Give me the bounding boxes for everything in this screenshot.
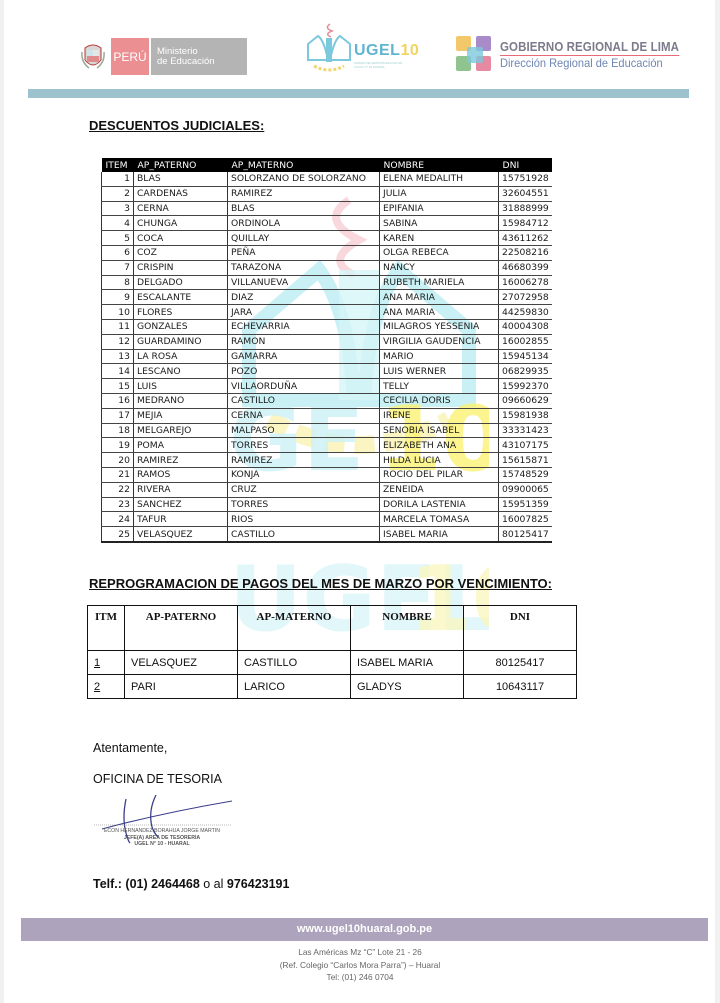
cell-dni: 15984712 [499, 216, 552, 231]
table-row: 16MEDRANOCASTILLOCECILIA DORIS09660629 [102, 393, 552, 408]
cell-ap-paterno: VELASQUEZ [125, 651, 238, 675]
cell-ap-materno: GAMARRA [228, 349, 380, 364]
cell-nombre: IRENE [380, 408, 499, 423]
footer-tel: Tel: (01) 246 0704 [0, 971, 720, 984]
open-book-icon [304, 22, 354, 82]
table-row: 1VELASQUEZCASTILLOISABEL MARIA80125417 [88, 651, 577, 675]
cell-ap-materno: CASTILLO [238, 651, 351, 675]
reprogramacion-title: REPROGRAMACION DE PAGOS DEL MES DE MARZO… [89, 576, 552, 591]
cell-item: 18 [102, 423, 134, 438]
table-row: 17MEJIACERNAIRENE15981938 [102, 408, 552, 423]
cell-dni: 22508216 [499, 245, 552, 260]
cell-item: 20 [102, 453, 134, 468]
cell-dni: 16007825 [499, 512, 552, 527]
ugel-logo: UGEL10 UNIDAD DE GESTIÓN EDUCATIVA LOCAL… [304, 22, 424, 82]
cell-ap-paterno: MEJIA [134, 408, 228, 423]
cell-nombre: ELIZABETH ANA [380, 438, 499, 453]
ugel-tagline: UNIDAD DE GESTIÓN EDUCATIVA LOCAL N° 10 … [354, 61, 404, 69]
cell-ap-materno: LARICO [238, 675, 351, 699]
cell-nombre: OLGA REBECA [380, 245, 499, 260]
table-row: 4CHUNGAORDINOLASABINA15984712 [102, 216, 552, 231]
cell-nombre: SENOBIA ISABEL [380, 423, 499, 438]
gore-subtitle: Dirección Regional de Educación [500, 56, 679, 70]
cell-nombre: KAREN [380, 231, 499, 246]
cell-ap-paterno: VELASQUEZ [134, 527, 228, 542]
table-row: 5COCAQUILLAYKAREN43611262 [102, 231, 552, 246]
phone-mobile: 976423191 [227, 877, 290, 891]
office-name: OFICINA DE TESORIA [93, 772, 222, 786]
cell-item: 1 [88, 651, 125, 675]
cell-dni: 15951359 [499, 497, 552, 512]
table-row: 25VELASQUEZCASTILLOISABEL MARIA80125417 [102, 527, 552, 542]
cell-item: 5 [102, 231, 134, 246]
cell-dni: 15751928 [499, 172, 552, 186]
cell-item: 8 [102, 275, 134, 290]
cell-ap-materno: CASTILLO [228, 527, 380, 542]
gore-logo: GOBIERNO REGIONAL DE LIMA Dirección Regi… [456, 36, 695, 74]
cell-ap-paterno: CARDENAS [134, 186, 228, 201]
reprogramacion-table: ITM AP-PATERNO AP-MATERNO NOMBRE DNI 1VE… [87, 605, 577, 699]
cell-dni: 15992370 [499, 379, 552, 394]
footer-website-bar: www.ugel10huaral.gob.pe [21, 918, 708, 941]
cell-item: 13 [102, 349, 134, 364]
signature-caption: ECON HERNANDEZ BORAHUA JORGE MARTIN JEFE… [96, 828, 228, 848]
cell-ap-materno: KONJA [228, 467, 380, 482]
judiciales-title: DESCUENTOS JUDICIALES: [89, 118, 264, 133]
cell-ap-materno: ORDINOLA [228, 216, 380, 231]
footer-address: Las Américas Mz “C” Lote 21 - 26 (Ref. C… [0, 946, 720, 984]
cell-ap-paterno: SANCHEZ [134, 497, 228, 512]
cell-nombre: HILDA LUCIA [380, 453, 499, 468]
cell-ap-materno: CRUZ [228, 482, 380, 497]
cell-dni: 06829935 [499, 364, 552, 379]
minedu-label: Ministerio de Educación [149, 38, 247, 75]
peru-coat-of-arms-icon [81, 42, 105, 72]
cell-ap-materno: TORRES [228, 438, 380, 453]
cell-item: 19 [102, 438, 134, 453]
cell-ap-materno: POZO [228, 364, 380, 379]
cell-ap-materno: ECHEVARRIA [228, 319, 380, 334]
col-itm: ITM [88, 606, 125, 651]
cell-nombre: VIRGILIA GAUDENCIA [380, 334, 499, 349]
cell-dni: 46680399 [499, 260, 552, 275]
cell-dni: 15748529 [499, 467, 552, 482]
cell-ap-materno: TARAZONA [228, 260, 380, 275]
cell-dni: 43611262 [499, 231, 552, 246]
cell-nombre: ISABEL MARIA [380, 527, 499, 542]
table-row: 20RAMIREZRAMIREZHILDA LUCIA15615871 [102, 453, 552, 468]
cell-ap-materno: QUILLAY [228, 231, 380, 246]
cell-ap-materno: RAMON [228, 334, 380, 349]
cell-ap-paterno: CRISPIN [134, 260, 228, 275]
cell-nombre: GLADYS [351, 675, 464, 699]
table-row: 8DELGADOVILLANUEVARUBETH MARIELA16006278 [102, 275, 552, 290]
cell-dni: 43107175 [499, 438, 552, 453]
cell-item: 2 [88, 675, 125, 699]
cell-item: 14 [102, 364, 134, 379]
cell-ap-paterno: ESCALANTE [134, 290, 228, 305]
cell-item: 2 [102, 186, 134, 201]
cell-dni: 40004308 [499, 319, 552, 334]
phone-office: Telf.: (01) 2464468 [93, 877, 200, 891]
col-item: ITEM [102, 158, 134, 172]
cell-nombre: DORILA LASTENIA [380, 497, 499, 512]
cell-nombre: LUIS WERNER [380, 364, 499, 379]
cell-nombre: MARCELA TOMASA [380, 512, 499, 527]
cell-ap-materno: CASTILLO [228, 393, 380, 408]
cell-item: 1 [102, 172, 134, 186]
cell-nombre: ANA MARIA [380, 290, 499, 305]
cell-ap-materno: RAMIREZ [228, 186, 380, 201]
cell-nombre: CECILIA DORIS [380, 393, 499, 408]
col-dni: DNI [499, 158, 552, 172]
cell-nombre: MARIO [380, 349, 499, 364]
cell-nombre: ISABEL MARIA [351, 651, 464, 675]
cell-ap-paterno: FLORES [134, 305, 228, 320]
cell-ap-paterno: PARI [125, 675, 238, 699]
cell-ap-materno: BLAS [228, 201, 380, 216]
website-link[interactable]: www.ugel10huaral.gob.pe [297, 923, 432, 935]
cell-ap-paterno: LESCANO [134, 364, 228, 379]
gore-emblem-icon [456, 36, 494, 74]
col-nombre: NOMBRE [380, 158, 499, 172]
cell-ap-paterno: POMA [134, 438, 228, 453]
cell-item: 9 [102, 290, 134, 305]
cell-nombre: TELLY [380, 379, 499, 394]
cell-item: 17 [102, 408, 134, 423]
judiciales-header-row: ITEM AP_PATERNO AP_MATERNO NOMBRE DNI [102, 158, 552, 172]
cell-nombre: JULIA [380, 186, 499, 201]
cell-dni: 16002855 [499, 334, 552, 349]
address-line-2: (Ref. Colegio “Carlos Mora Parra”) – Hua… [0, 959, 720, 972]
table-row: 15LUISVILLAORDUÑATELLY15992370 [102, 379, 552, 394]
reprogramacion-header-row: ITM AP-PATERNO AP-MATERNO NOMBRE DNI [88, 606, 577, 651]
table-row: 2CARDENASRAMIREZJULIA32604551 [102, 186, 552, 201]
phone-join: o al [200, 877, 227, 891]
table-row: 12GUARDAMINORAMONVIRGILIA GAUDENCIA16002… [102, 334, 552, 349]
cell-dni: 15945134 [499, 349, 552, 364]
cell-dni: 31888999 [499, 201, 552, 216]
table-row: 1BLASSOLORZANO DE SOLORZANOELENA MEDALIT… [102, 172, 552, 186]
cell-nombre: ANA MARIA [380, 305, 499, 320]
cell-ap-materno: DIAZ [228, 290, 380, 305]
cell-item: 15 [102, 379, 134, 394]
cell-nombre: ZENEIDA [380, 482, 499, 497]
cell-item: 3 [102, 201, 134, 216]
minedu-line1: Ministerio [157, 47, 247, 57]
cell-ap-paterno: MEDRANO [134, 393, 228, 408]
cell-item: 6 [102, 245, 134, 260]
table-row: 6COZPEÑAOLGA REBECA22508216 [102, 245, 552, 260]
judiciales-table: ITEM AP_PATERNO AP_MATERNO NOMBRE DNI 1B… [101, 158, 552, 543]
col-ap-paterno: AP-PATERNO [125, 606, 238, 651]
cell-nombre: NANCY [380, 260, 499, 275]
cell-item: 24 [102, 512, 134, 527]
table-row: 11GONZALESECHEVARRIAMILAGROS YESSENIA400… [102, 319, 552, 334]
cell-ap-paterno: CERNA [134, 201, 228, 216]
ugel-brand-a: UGEL [354, 42, 400, 59]
cell-ap-materno: RIOS [228, 512, 380, 527]
gore-title: GOBIERNO REGIONAL DE LIMA [500, 40, 679, 56]
cell-ap-paterno: GUARDAMINO [134, 334, 228, 349]
table-row: 9ESCALANTEDIAZANA MARIA27072958 [102, 290, 552, 305]
cell-dni: 15615871 [499, 453, 552, 468]
cell-ap-materno: JARA [228, 305, 380, 320]
cell-ap-paterno: COZ [134, 245, 228, 260]
cell-item: 22 [102, 482, 134, 497]
cell-dni: 27072958 [499, 290, 552, 305]
col-ap-materno: AP-MATERNO [238, 606, 351, 651]
cell-dni: 80125417 [499, 527, 552, 542]
cell-ap-paterno: RAMOS [134, 467, 228, 482]
minedu-line2: de Educación [157, 57, 247, 67]
contact-phone: Telf.: (01) 2464468 o al 976423191 [93, 877, 289, 891]
cell-item: 11 [102, 319, 134, 334]
col-dni: DNI [464, 606, 577, 651]
table-row: 10FLORESJARAANA MARIA44259830 [102, 305, 552, 320]
cell-ap-materno: SOLORZANO DE SOLORZANO [228, 172, 380, 186]
cell-ap-paterno: GONZALES [134, 319, 228, 334]
table-row: 14LESCANOPOZOLUIS WERNER06829935 [102, 364, 552, 379]
table-row: 19POMATORRESELIZABETH ANA43107175 [102, 438, 552, 453]
cell-ap-materno: RAMIREZ [228, 453, 380, 468]
ugel-brand-b: 10 [400, 42, 419, 59]
cell-ap-materno: PEÑA [228, 245, 380, 260]
table-row: 21RAMOSKONJAROCIO DEL PILAR15748529 [102, 467, 552, 482]
cell-dni: 10643117 [464, 675, 577, 699]
cell-ap-paterno: TAFUR [134, 512, 228, 527]
address-line-1: Las Américas Mz “C” Lote 21 - 26 [0, 946, 720, 959]
table-row: 24TAFURRIOSMARCELA TOMASA16007825 [102, 512, 552, 527]
closing-greeting: Atentamente, [93, 741, 167, 755]
cell-item: 7 [102, 260, 134, 275]
cell-dni: 44259830 [499, 305, 552, 320]
cell-dni: 16006278 [499, 275, 552, 290]
ugel-brand: UGEL10 [354, 42, 419, 60]
cell-ap-paterno: LUIS [134, 379, 228, 394]
cell-nombre: EPIFANIA [380, 201, 499, 216]
table-row: 22RIVERACRUZZENEIDA09900065 [102, 482, 552, 497]
cell-ap-materno: CERNA [228, 408, 380, 423]
cell-ap-paterno: BLAS [134, 172, 228, 186]
cell-nombre: SABINA [380, 216, 499, 231]
cell-ap-materno: MALPASO [228, 423, 380, 438]
signature-line-3: UGEL N° 10 - HUARAL [96, 841, 228, 848]
cell-nombre: RUBETH MARIELA [380, 275, 499, 290]
cell-ap-materno: VILLAORDUÑA [228, 379, 380, 394]
cell-item: 16 [102, 393, 134, 408]
cell-ap-paterno: COCA [134, 231, 228, 246]
table-row: 3CERNABLASEPIFANIA31888999 [102, 201, 552, 216]
cell-item: 23 [102, 497, 134, 512]
cell-item: 25 [102, 527, 134, 542]
table-row: 13LA ROSAGAMARRAMARIO15945134 [102, 349, 552, 364]
cell-ap-materno: TORRES [228, 497, 380, 512]
table-row: 7CRISPINTARAZONANANCY46680399 [102, 260, 552, 275]
cell-ap-paterno: CHUNGA [134, 216, 228, 231]
signature-line-1: ECON HERNANDEZ BORAHUA JORGE MARTIN [96, 828, 228, 835]
peru-label: PERÚ [111, 38, 149, 75]
cell-dni: 09900065 [499, 482, 552, 497]
cell-nombre: ELENA MEDALITH [380, 172, 499, 186]
col-ap-materno: AP_MATERNO [228, 158, 380, 172]
cell-item: 4 [102, 216, 134, 231]
col-ap-paterno: AP_PATERNO [134, 158, 228, 172]
cell-dni: 80125417 [464, 651, 577, 675]
cell-ap-paterno: MELGAREJO [134, 423, 228, 438]
cell-ap-paterno: LA ROSA [134, 349, 228, 364]
col-nombre: NOMBRE [351, 606, 464, 651]
cell-dni: 33331423 [499, 423, 552, 438]
table-row: 18MELGAREJOMALPASOSENOBIA ISABEL33331423 [102, 423, 552, 438]
cell-item: 21 [102, 467, 134, 482]
cell-ap-paterno: DELGADO [134, 275, 228, 290]
cell-ap-paterno: RAMIREZ [134, 453, 228, 468]
cell-nombre: MILAGROS YESSENIA [380, 319, 499, 334]
cell-dni: 32604551 [499, 186, 552, 201]
minedu-logo: PERÚ Ministerio de Educación [81, 38, 247, 75]
document-page: PERÚ Ministerio de Educación UGEL10 UNID… [4, 0, 715, 1003]
cell-ap-paterno: RIVERA [134, 482, 228, 497]
table-row: 2PARILARICOGLADYS10643117 [88, 675, 577, 699]
cell-dni: 09660629 [499, 393, 552, 408]
cell-item: 12 [102, 334, 134, 349]
cell-nombre: ROCIO DEL PILAR [380, 467, 499, 482]
cell-item: 10 [102, 305, 134, 320]
table-row: 23SANCHEZTORRESDORILA LASTENIA15951359 [102, 497, 552, 512]
cell-dni: 15981938 [499, 408, 552, 423]
cell-ap-materno: VILLANUEVA [228, 275, 380, 290]
header-divider-bar [28, 89, 689, 98]
